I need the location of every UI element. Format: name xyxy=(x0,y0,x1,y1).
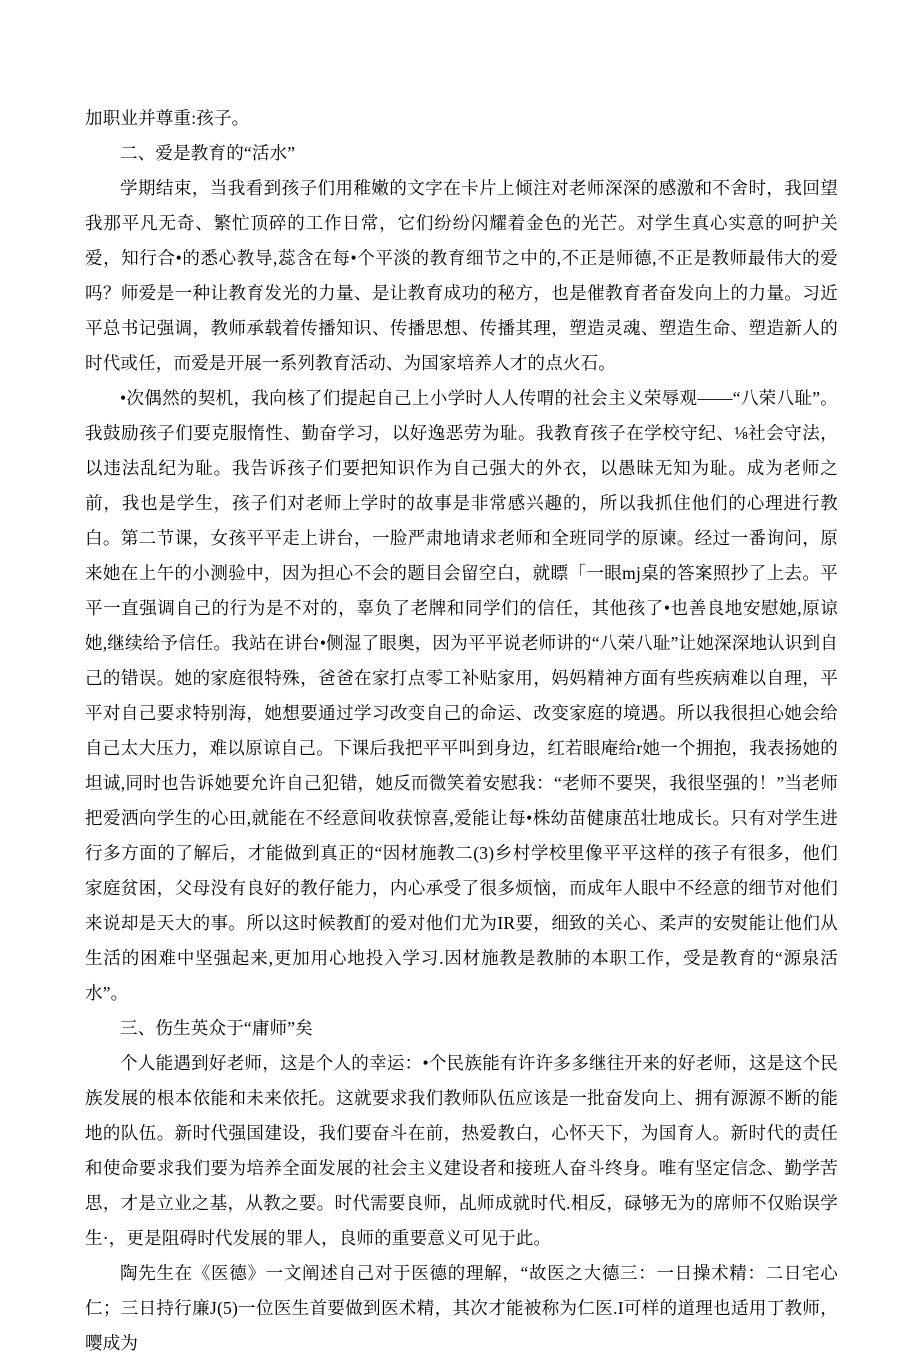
paragraph-love-is-living-water: 学期结束，当我看到孩子们用稚嫩的文字在卡片上倾注对老师深深的感激和不舍时，我回望… xyxy=(85,171,838,381)
paragraph-continuation: 加职业并尊重:孩子。 xyxy=(85,101,838,136)
section-heading-3: 三、伤生英众于“庸师”矣 xyxy=(85,1011,838,1046)
paragraph-good-teachers: 个人能遇到好老师，这是个人的幸运：•个民族能有许许多多继往开来的好老师，这是这个… xyxy=(85,1046,838,1256)
paragraph-medical-ethics: 陶先生在《医德》一文阐述自己对于医德的理解，“故医之大德三：一日操术精：二日宅心… xyxy=(85,1256,838,1361)
document-text-block: 加职业并尊重:孩子。 二、爱是教育的“活水” 学期结束，当我看到孩子们用稚嫩的文… xyxy=(85,101,838,1361)
document-page: 加职业并尊重:孩子。 二、爱是教育的“活水” 学期结束，当我看到孩子们用稚嫩的文… xyxy=(0,0,920,1301)
paragraph-pingping-story: •次偶然的契机，我向核了们提起自己上小学时人人传喟的社会主义荣辱观——“八荣八耻… xyxy=(85,381,838,1011)
section-heading-2: 二、爱是教育的“活水” xyxy=(85,136,838,171)
